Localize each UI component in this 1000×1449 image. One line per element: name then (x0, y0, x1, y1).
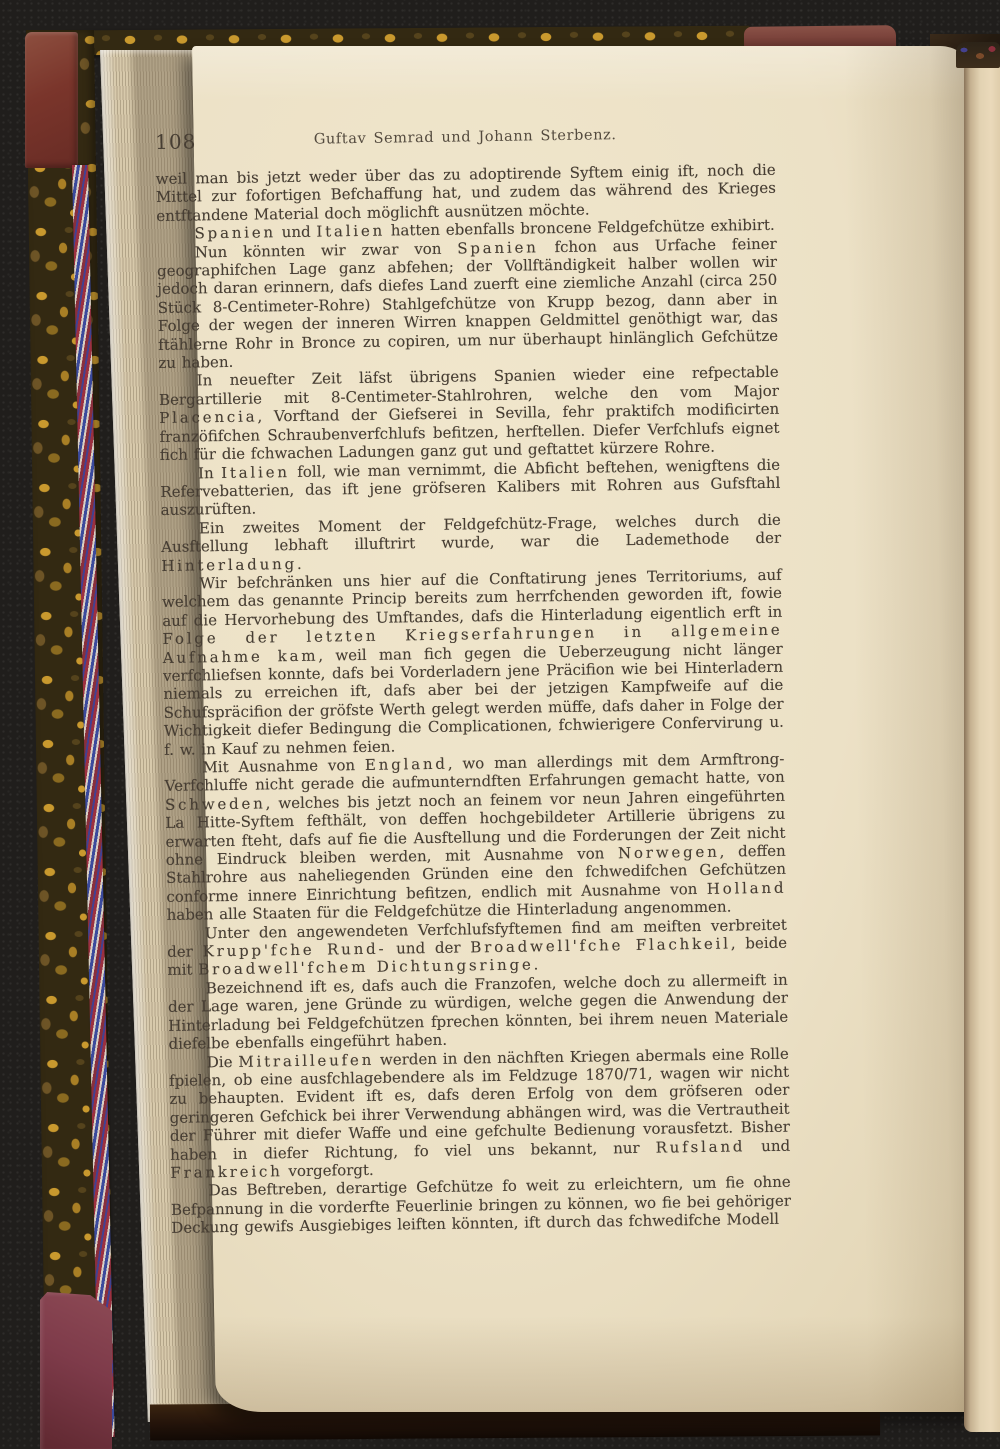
running-header: Guftav Semrad und Johann Sterbenz. (155, 125, 775, 150)
text-run: weil man bis jetzt weder über das zu ado… (156, 161, 776, 225)
spaced-emphasis: Frankreich (170, 1162, 282, 1182)
spaced-emphasis: Norwegen (618, 843, 720, 863)
paragraph: weil man bis jetzt weder über das zu ado… (156, 161, 777, 225)
leather-corner-bottom-left (40, 1292, 112, 1449)
text-run: und (276, 223, 317, 242)
text-run: und der (386, 938, 470, 957)
spaced-emphasis: Hinterladung (161, 554, 297, 574)
printed-text-area: 108 Guftav Semrad und Johann Sterbenz. w… (155, 121, 791, 1238)
text-run: Wir befchränken uns hier auf die Conftat… (162, 566, 782, 630)
text-run: Bezeichnend ift es, dafs auch die Franzo… (168, 971, 788, 1053)
text-run: . (297, 554, 302, 572)
spaced-emphasis: Placencia (159, 408, 257, 427)
spaced-emphasis: Holland (707, 879, 787, 898)
spaced-emphasis: Italien (316, 222, 385, 241)
text-run: In (198, 464, 221, 482)
spaced-emphasis: Schweden (165, 794, 266, 813)
book-scan-background: 108 Guftav Semrad und Johann Sterbenz. w… (0, 0, 1000, 1449)
text-run: Ein zweites Moment der Feldgefchütz-Frag… (161, 510, 781, 556)
facing-page-edge (964, 56, 1000, 1432)
spaced-emphasis: Italien (221, 463, 290, 482)
spaced-emphasis: Rufsland (655, 1137, 745, 1156)
leather-corner-top-left (25, 32, 78, 168)
text-run: vorgeforgt. (283, 1161, 374, 1180)
facing-page-top-edge (956, 42, 1000, 68)
spaced-emphasis: Spanien (457, 238, 539, 257)
spaced-emphasis: Broadwell'fche Flachkeil (470, 935, 731, 957)
text-run: Das Beftreben, derartige Gefchütze fo we… (171, 1173, 791, 1237)
paragraph: Ein zweites Moment der Feldgefchütz-Frag… (161, 510, 782, 574)
paragraph: Wir befchränken uns hier auf die Conftat… (162, 566, 785, 759)
paragraph: Unter den angewendeten Verfchlufsfyfteme… (167, 915, 788, 979)
spaced-emphasis: Mitrailleufen (238, 1050, 374, 1070)
text-run: und (745, 1136, 790, 1155)
spaced-emphasis: England (365, 755, 448, 774)
spaced-emphasis: Krupp'fche Rund- (203, 940, 387, 961)
paragraph: In neuefter Zeit läfst übrigens Spanien … (159, 363, 780, 464)
paragraph: Die Mitrailleufen werden in den nächften… (169, 1044, 791, 1182)
paragraph: In Italien foll, wie man vernimmt, die A… (160, 455, 781, 519)
body-text: weil man bis jetzt weder über das zu ado… (156, 161, 792, 1238)
text-run: . (533, 956, 538, 974)
paragraph: Mit Ausnahme von England, wo man allerdi… (164, 750, 786, 925)
paragraph: Das Beftreben, derartige Gefchütze fo we… (171, 1173, 792, 1237)
text-run: Mit Ausnahme von (202, 756, 365, 776)
paragraph: Nun könnten wir zwar von Spanien fchon a… (157, 234, 779, 372)
paragraph: Bezeichnend ift es, dafs auch die Franzo… (168, 971, 789, 1054)
text-run: Die (207, 1052, 239, 1070)
spaced-emphasis: Spanien (194, 223, 276, 242)
